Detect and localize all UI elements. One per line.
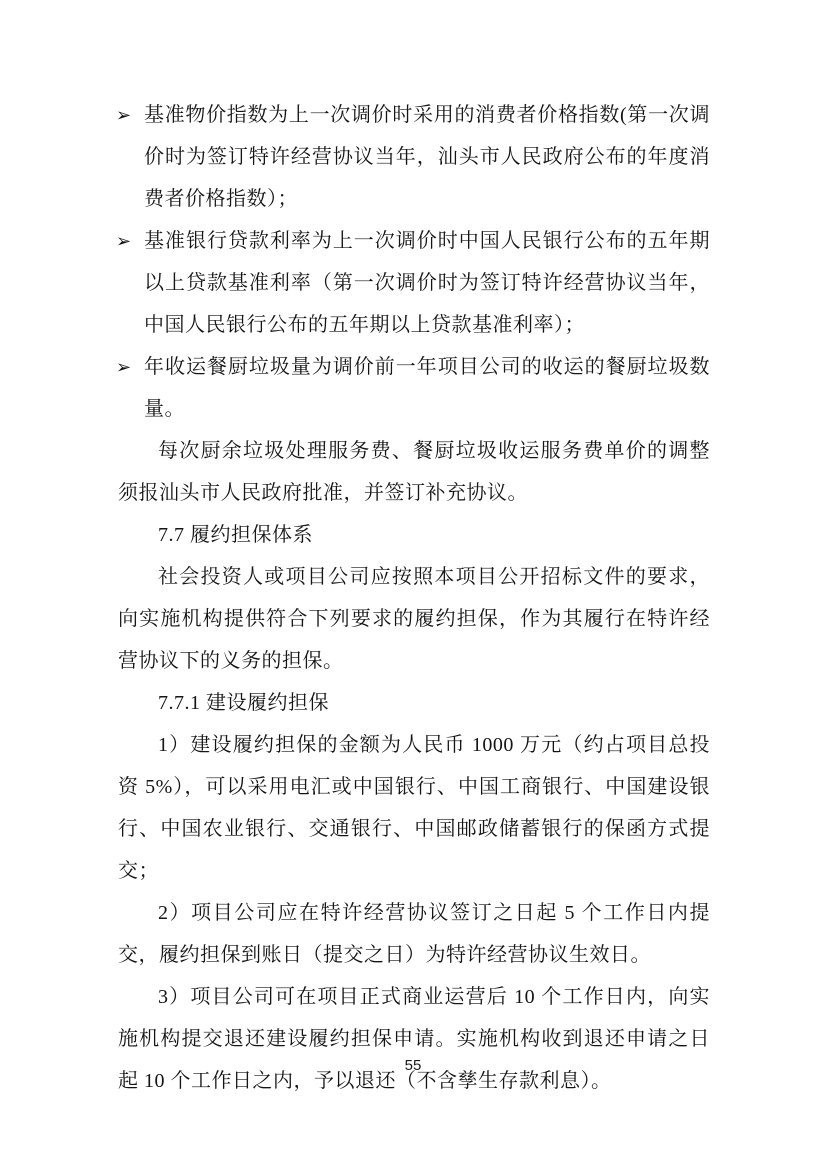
section-heading-7-7: 7.7 履约担保体系 [118, 514, 710, 556]
bullet-text: 基准银行贷款利率为上一次调价时中国人民银行公布的五年期以上贷款基准利率（第一次调… [144, 230, 710, 336]
paragraph: 社会投资人或项目公司应按照本项目公开招标文件的要求，向实施机构提供符合下列要求的… [118, 556, 710, 682]
bullet-item: ➢ 基准银行贷款利率为上一次调价时中国人民银行公布的五年期以上贷款基准利率（第一… [118, 220, 710, 346]
section-heading-7-7-1: 7.7.1 建设履约担保 [118, 682, 710, 724]
arrow-bullet-icon: ➢ [116, 346, 131, 388]
arrow-bullet-icon: ➢ [116, 220, 131, 262]
document-page: ➢ 基准物价指数为上一次调价时采用的消费者价格指数(第一次调价时为签订特许经营协… [0, 0, 826, 1169]
arrow-bullet-icon: ➢ [116, 94, 131, 136]
bullet-item: ➢ 基准物价指数为上一次调价时采用的消费者价格指数(第一次调价时为签订特许经营协… [118, 94, 710, 220]
bullet-text: 基准物价指数为上一次调价时采用的消费者价格指数(第一次调价时为签订特许经营协议当… [144, 104, 710, 210]
document-body: ➢ 基准物价指数为上一次调价时采用的消费者价格指数(第一次调价时为签订特许经营协… [118, 94, 710, 1102]
paragraph: 每次厨余垃圾处理服务费、餐厨垃圾收运服务费单价的调整须报汕头市人民政府批准，并签… [118, 430, 710, 514]
bullet-text: 年收运餐厨垃圾量为调价前一年项目公司的收运的餐厨垃圾数量。 [144, 356, 710, 420]
bullet-item: ➢ 年收运餐厨垃圾量为调价前一年项目公司的收运的餐厨垃圾数量。 [118, 346, 710, 430]
paragraph: 1）建设履约担保的金额为人民币 1000 万元（约占项目总投资 5%），可以采用… [118, 724, 710, 892]
paragraph: 3）项目公司可在项目正式商业运营后 10 个工作日内，向实施机构提交退还建设履约… [118, 976, 710, 1102]
paragraph: 2）项目公司应在特许经营协议签订之日起 5 个工作日内提交，履约担保到账日（提交… [118, 892, 710, 976]
page-number: 55 [0, 1056, 826, 1076]
